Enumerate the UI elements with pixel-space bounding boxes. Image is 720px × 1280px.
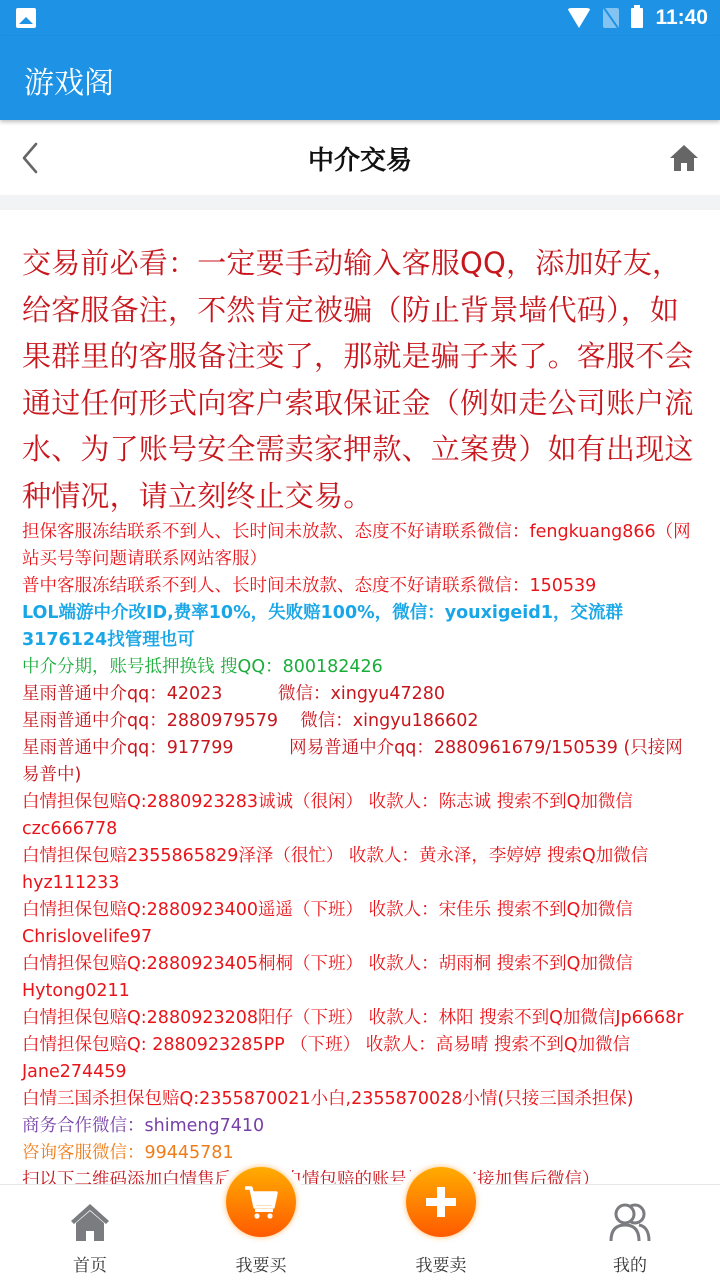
content-area: 交易前必看：一定要手动输入客服QQ，添加好友，给客服备注，不然肯定被骗（防止背景…	[0, 210, 720, 1185]
content-line: 星雨普通中介qq：2880979579 微信：xingyu186602	[22, 708, 698, 735]
sell-fab[interactable]	[406, 1167, 476, 1237]
content-line: 白情担保包赔Q:2880923405桐桐（下班） 收款人：胡雨桐 搜索不到Q加微…	[22, 951, 698, 1005]
status-icons: 11:40	[567, 6, 708, 30]
home-button[interactable]	[668, 142, 700, 174]
wifi-icon	[567, 8, 591, 28]
content-line: 白情担保包赔Q: 2880923285PP （下班） 收款人：高易晴 搜索不到Q…	[22, 1032, 698, 1086]
battery-icon	[631, 8, 643, 28]
plus-icon	[423, 1184, 459, 1220]
image-notification-icon	[16, 8, 36, 28]
content-line: 白情担保包赔Q:2880923208阳仔（下班） 收款人：林阳 搜索不到Q加微信…	[22, 1005, 698, 1032]
content-line: 白情三国杀担保包赔Q:2355870021小白,2355870028小情(只接三…	[22, 1086, 698, 1113]
section-divider	[0, 195, 720, 210]
content-line: 商务合作微信：shimeng7410	[22, 1113, 698, 1140]
home-icon	[668, 142, 700, 174]
content-line: LOL端游中介改ID,费率10%，失败赔100%，微信：youxigeid1，交…	[22, 600, 698, 654]
nav-item-sell[interactable]: 我要卖	[351, 1185, 531, 1280]
content-line: 咨询客服微信：99445781	[22, 1140, 698, 1167]
bottom-nav: 首页 我要买 我要卖	[0, 1184, 720, 1280]
app-title: 游戏阁	[24, 58, 114, 102]
content-line: 扫以下二维码添加白情售后微信（白情包赔的账号被找回直接加售后微信）	[22, 1167, 698, 1185]
nav-label: 首页	[0, 1251, 180, 1276]
content-line: 白情担保包赔2355865829泽泽（很忙） 收款人：黄永泽，李婷婷 搜索Q加微…	[22, 843, 698, 897]
nav-label: 我要买	[171, 1251, 351, 1276]
content-line: 白情担保包赔Q:2880923283诚诚（很闲） 收款人：陈志诚 搜索不到Q加微…	[22, 789, 698, 843]
content-line: 星雨普通中介qq：917799 网易普通中介qq：2880961679/1505…	[22, 735, 698, 789]
page-title: 中介交易	[0, 140, 720, 177]
status-bar: 11:40	[0, 0, 720, 36]
nav-item-mine[interactable]: 我的	[540, 1185, 720, 1280]
nav-label: 我要卖	[351, 1251, 531, 1276]
content-line: 白情担保包赔Q:2880923400遥遥（下班） 收款人：宋佳乐 搜索不到Q加微…	[22, 897, 698, 951]
nav-item-home[interactable]: 首页	[0, 1185, 180, 1280]
users-icon	[608, 1201, 652, 1243]
home-icon	[68, 1201, 112, 1243]
buy-fab[interactable]	[226, 1167, 296, 1237]
content-line: 中介分期，账号抵押换钱 搜QQ：800182426	[22, 654, 698, 681]
no-sim-icon	[603, 8, 619, 28]
content-line: 担保客服冻结联系不到人、长时间未放款、态度不好请联系微信：fengkuang86…	[22, 519, 698, 573]
warning-notice: 交易前必看：一定要手动输入客服QQ，添加好友，给客服备注，不然肯定被骗（防止背景…	[22, 240, 698, 519]
cart-icon	[242, 1183, 280, 1221]
status-clock: 11:40	[655, 6, 708, 30]
nav-item-buy[interactable]: 我要买	[171, 1185, 351, 1280]
page-header: 中介交易	[0, 120, 720, 195]
app-bar: 游戏阁	[0, 36, 720, 120]
nav-label: 我的	[540, 1251, 720, 1276]
content-line: 星雨普通中介qq：42023 微信：xingyu47280	[22, 681, 698, 708]
content-line: 普中客服冻结联系不到人、长时间未放款、态度不好请联系微信：150539	[22, 573, 698, 600]
